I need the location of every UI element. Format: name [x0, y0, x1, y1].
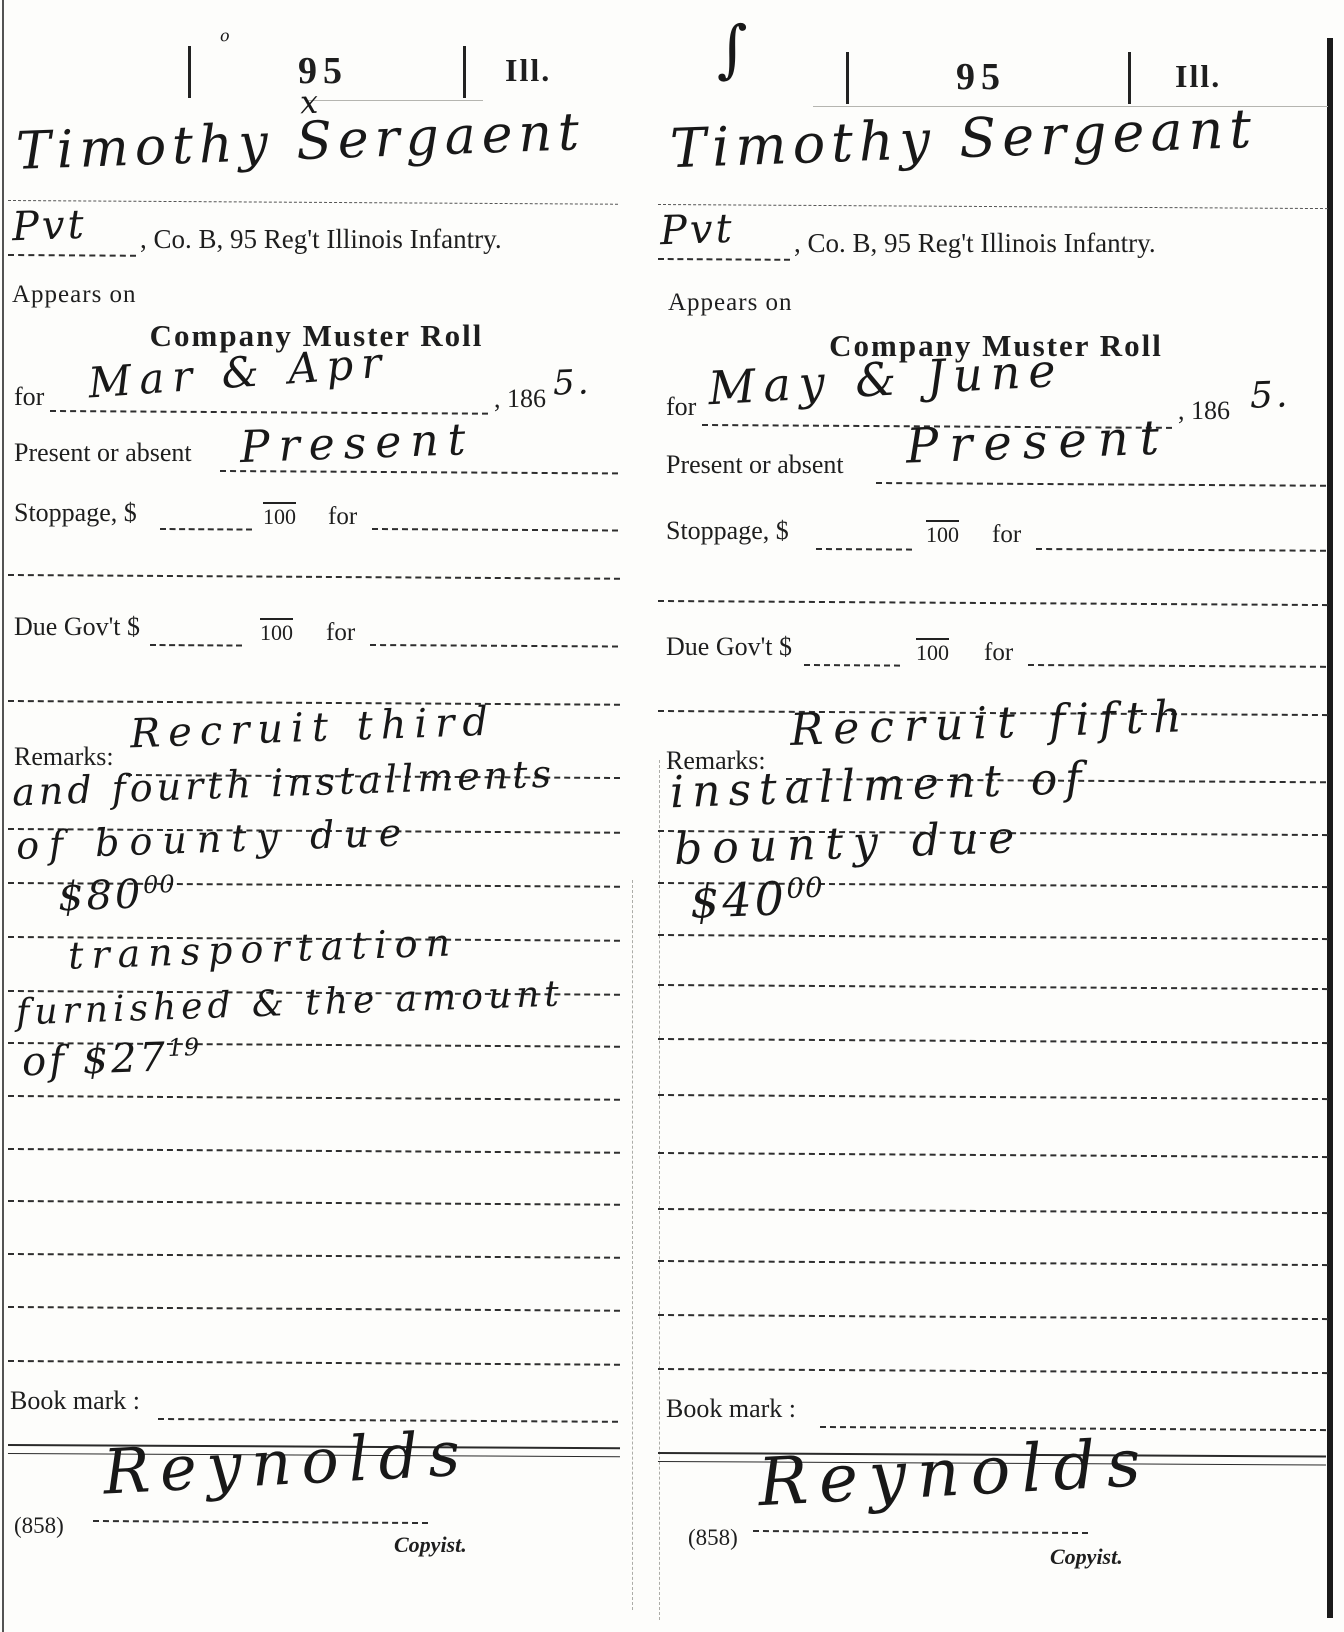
blank-line: [8, 1200, 620, 1206]
stoppage-amount-line: [816, 548, 912, 551]
for-label: for: [14, 384, 44, 410]
regiment-number: 95: [258, 52, 388, 90]
soldier-name: Timothy Sergeant: [669, 102, 1258, 176]
blank-line: [658, 1094, 1328, 1100]
rank-value: Pvt: [659, 209, 735, 252]
blank-line: [8, 1360, 620, 1366]
rank-fill-line: [658, 258, 790, 261]
remarks-line: transportation: [67, 923, 458, 975]
remarks-line: bounty due: [673, 816, 1025, 872]
card-divider-line-left: [632, 880, 633, 1610]
blank-line: [658, 1368, 1328, 1374]
amount-main: $40: [689, 871, 788, 928]
for-word: for: [326, 620, 355, 645]
amount-cents: 00: [143, 870, 177, 899]
stoppage-amount-line: [160, 528, 252, 531]
form-number: (858): [688, 1526, 738, 1549]
rank-fill-line: [8, 254, 136, 257]
due-reason-line: [1028, 664, 1326, 668]
header-divider-bar: [1128, 52, 1131, 104]
for-word: for: [992, 522, 1021, 547]
remarks-amount: $8000: [57, 872, 176, 917]
amount-cents: 19: [167, 1033, 201, 1062]
blank-line: [658, 600, 1328, 606]
cents-denominator: 100: [263, 502, 296, 528]
book-mark-label: Book mark :: [10, 1388, 140, 1414]
name-underline: [8, 200, 618, 205]
remarks-line: Recruit third: [129, 702, 496, 755]
header-divider-bar: [463, 46, 466, 98]
period-fill-line: [50, 410, 488, 415]
copyist-signature: Reynolds: [102, 1422, 472, 1503]
blank-line: [658, 1260, 1328, 1266]
cents-denominator: 100: [916, 638, 949, 664]
year-printed: , 186: [1178, 398, 1230, 424]
blank-line: [8, 574, 620, 580]
stray-pen-flourish: ∫: [715, 17, 752, 80]
signature-fill-line: [753, 1530, 1088, 1534]
for-word: for: [328, 504, 357, 529]
unit-line: , Co. B, 95 Reg't Illinois Infantry.: [140, 226, 502, 253]
due-reason-line: [370, 644, 618, 648]
blank-line: [8, 1148, 620, 1154]
due-amount-line: [150, 644, 242, 647]
header-divider-bar: [188, 46, 191, 98]
stoppage-label: Stoppage, $: [14, 500, 137, 526]
remarks-fill-line: [658, 934, 1328, 940]
year-printed: , 186: [494, 386, 546, 412]
remarks-line: installment of: [669, 757, 1090, 816]
blank-line: [658, 1314, 1328, 1320]
state-abbreviation: Ill.: [1175, 60, 1221, 92]
scan-left-edge: [2, 0, 4, 1632]
muster-card-march-april: o 95 Ill. x Timothy Sergaent Pvt , Co. B…: [8, 0, 625, 1632]
present-value: Present: [905, 413, 1170, 470]
amount-cents: 00: [786, 871, 824, 905]
stray-pen-mark-o: o: [220, 28, 233, 44]
remarks-label: Remarks:: [14, 744, 114, 770]
amount-main: of $27: [21, 1034, 168, 1085]
regiment-number: 95: [916, 58, 1046, 96]
cents-denominator: 100: [260, 618, 293, 644]
for-word: for: [984, 640, 1013, 665]
blank-line: [8, 1253, 620, 1259]
blank-line: [658, 984, 1328, 990]
stoppage-reason-line: [372, 528, 618, 532]
signature-fill-line: [93, 1520, 428, 1524]
copyist-signature: Reynolds: [757, 1430, 1153, 1517]
state-abbreviation: Ill.: [505, 54, 551, 86]
unit-line: , Co. B, 95 Reg't Illinois Infantry.: [794, 230, 1156, 257]
remarks-line: of bounty due: [15, 813, 411, 865]
present-or-absent-label: Present or absent: [14, 440, 192, 466]
present-value: Present: [239, 418, 475, 470]
present-fill-line: [876, 482, 1326, 487]
copyist-label: Copyist.: [1050, 1546, 1123, 1568]
header-divider-bar: [846, 52, 849, 104]
due-govt-label: Due Gov't $: [666, 634, 792, 660]
name-underline: [658, 204, 1328, 209]
remarks-fill-line: [8, 1095, 620, 1101]
remarks-amount: $4000: [689, 874, 824, 925]
remarks-line: Recruit fifth: [789, 695, 1192, 753]
year-written: 5.: [552, 365, 592, 400]
blank-line: [8, 1306, 620, 1312]
rank-value: Pvt: [11, 205, 87, 248]
due-amount-line: [804, 664, 900, 667]
soldier-name: Timothy Sergaent: [15, 106, 585, 178]
muster-roll-scan: o 95 Ill. x Timothy Sergaent Pvt , Co. B…: [0, 0, 1344, 1632]
blank-line: [658, 1038, 1328, 1044]
cents-denominator: 100: [926, 520, 959, 546]
present-or-absent-label: Present or absent: [666, 452, 844, 478]
form-number: (858): [14, 1514, 64, 1537]
appears-on-label: Appears on: [668, 290, 793, 315]
blank-line: [658, 1208, 1328, 1214]
blank-line: [658, 1152, 1328, 1158]
copyist-label: Copyist.: [394, 1534, 467, 1556]
amount-main: $80: [57, 871, 144, 920]
book-mark-label: Book mark :: [666, 1396, 796, 1422]
for-label: for: [666, 394, 696, 420]
due-govt-label: Due Gov't $: [14, 614, 140, 640]
stoppage-label: Stoppage, $: [666, 518, 789, 544]
remarks-amount: of $2719: [21, 1035, 201, 1083]
muster-card-may-june: ∫ 95 Ill. Timothy Sergeant Pvt , Co. B, …: [658, 0, 1334, 1632]
year-written: 5.: [1249, 377, 1291, 414]
remarks-line: furnished & the amount: [16, 976, 565, 1031]
appears-on-label: Appears on: [12, 282, 137, 307]
stoppage-reason-line: [1036, 548, 1326, 552]
header-underline: [308, 100, 483, 101]
